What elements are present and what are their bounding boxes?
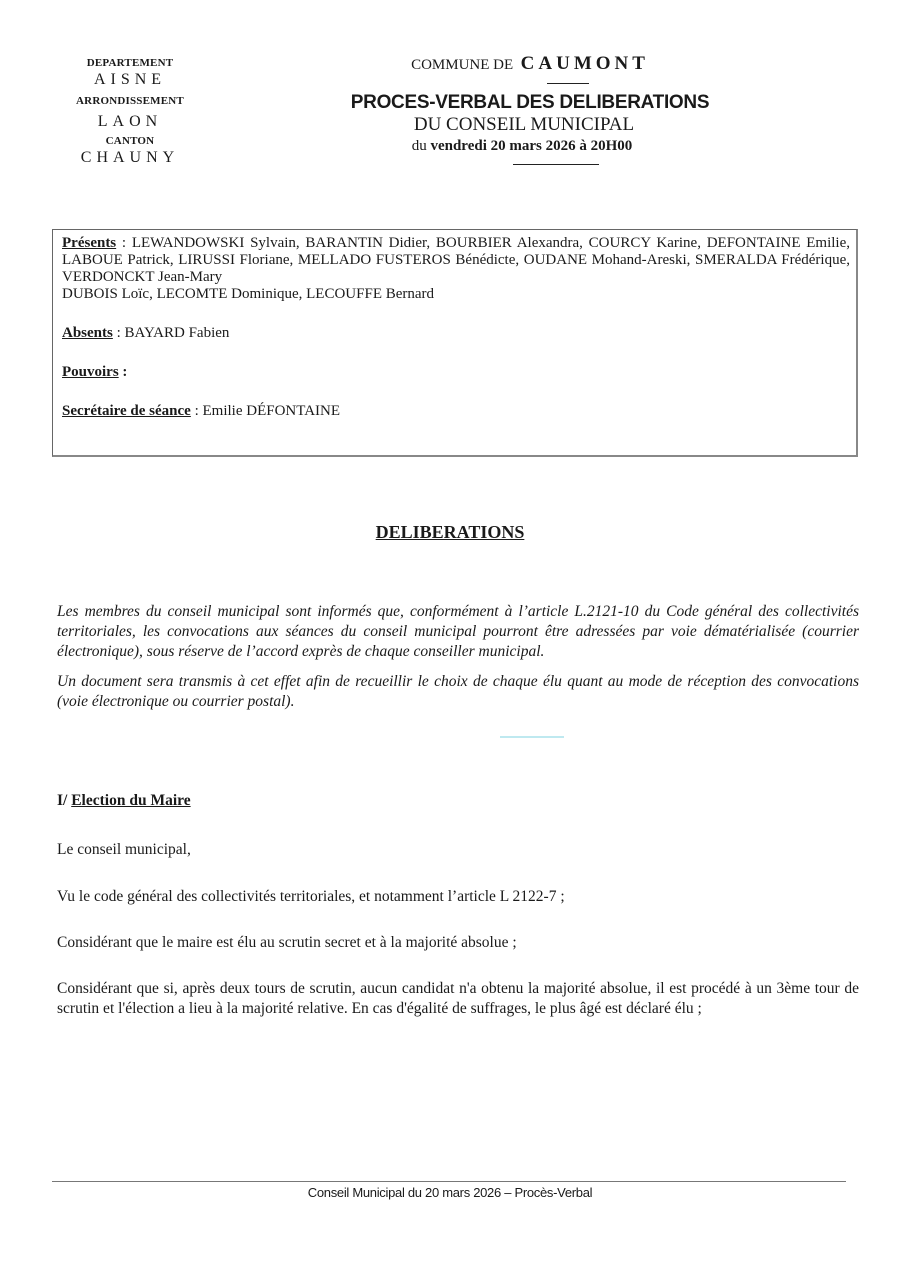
section-heading: I/ Election du Maire [57, 792, 191, 810]
document-header: COMMUNE DE CAUMONT PROCES-VERBAL DES DEL… [320, 52, 740, 165]
administrative-header: DEPARTEMENT AISNE ARRONDISSEMENT LAON CA… [50, 56, 210, 170]
section-number: I/ [57, 792, 67, 809]
section-title: Election du Maire [71, 792, 190, 809]
intro-paragraph-1: Les membres du conseil municipal sont in… [57, 602, 859, 662]
date-prefix: du [412, 138, 427, 154]
presents-label: Présents [62, 235, 116, 251]
departement-value: AISNE [50, 70, 210, 90]
canton-value: CHAUNY [50, 148, 210, 168]
section-paragraph: Considérant que si, après deux tours de … [57, 979, 859, 1019]
page-footer: Conseil Municipal du 20 mars 2026 – Proc… [0, 1185, 900, 1200]
deliberations-heading: DELIBERATIONS [0, 522, 900, 543]
header-divider-bottom [513, 164, 599, 165]
section-paragraph: Vu le code général des collectivités ter… [57, 887, 859, 907]
footer-divider [52, 1181, 846, 1182]
absents-label: Absents [62, 325, 113, 341]
section-paragraph: Le conseil municipal, [57, 840, 859, 860]
pouvoirs-value: : [119, 364, 128, 380]
secretaire-line: Secrétaire de séance : Emilie DÉFONTAINE [62, 403, 850, 420]
arrondissement-label: ARRONDISSEMENT [50, 94, 210, 108]
document-subtitle: DU CONSEIL MUNICIPAL [314, 114, 734, 136]
header-divider [547, 83, 589, 84]
pouvoirs-label: Pouvoirs [62, 364, 119, 380]
intro-paragraph-2: Un document sera transmis à cet effet af… [57, 672, 859, 712]
document-title: PROCES-VERBAL DES DELIBERATIONS [320, 92, 740, 114]
pouvoirs-line: Pouvoirs : [62, 364, 850, 381]
presents-line: Présents : LEWANDOWSKI Sylvain, BARANTIN… [62, 235, 850, 286]
meeting-date: du vendredi 20 mars 2026 à 20H00 [312, 136, 732, 156]
secretaire-value: : Emilie DÉFONTAINE [191, 403, 340, 419]
presents-list: : LEWANDOWSKI Sylvain, BARANTIN Didier, … [62, 235, 850, 285]
deliberations-intro: Les membres du conseil municipal sont in… [57, 602, 859, 712]
separator-mark [500, 736, 564, 738]
section-paragraph: Considérant que le maire est élu au scru… [57, 933, 859, 953]
commune-name: CAUMONT [521, 53, 649, 74]
attendance-box: Présents : LEWANDOWSKI Sylvain, BARANTIN… [52, 229, 858, 457]
date-value: vendredi 20 mars 2026 à 20H00 [430, 138, 632, 154]
commune-line: COMMUNE DE CAUMONT [320, 52, 740, 77]
absents-list: : BAYARD Fabien [113, 325, 230, 341]
secretaire-label: Secrétaire de séance [62, 403, 191, 419]
absents-line: Absents : BAYARD Fabien [62, 325, 850, 342]
departement-label: DEPARTEMENT [50, 56, 210, 70]
commune-prefix: COMMUNE DE [411, 57, 513, 73]
canton-label: CANTON [50, 134, 210, 148]
arrondissement-value: LAON [50, 112, 210, 132]
presents-line-2: DUBOIS Loïc, LECOMTE Dominique, LECOUFFE… [62, 286, 850, 303]
